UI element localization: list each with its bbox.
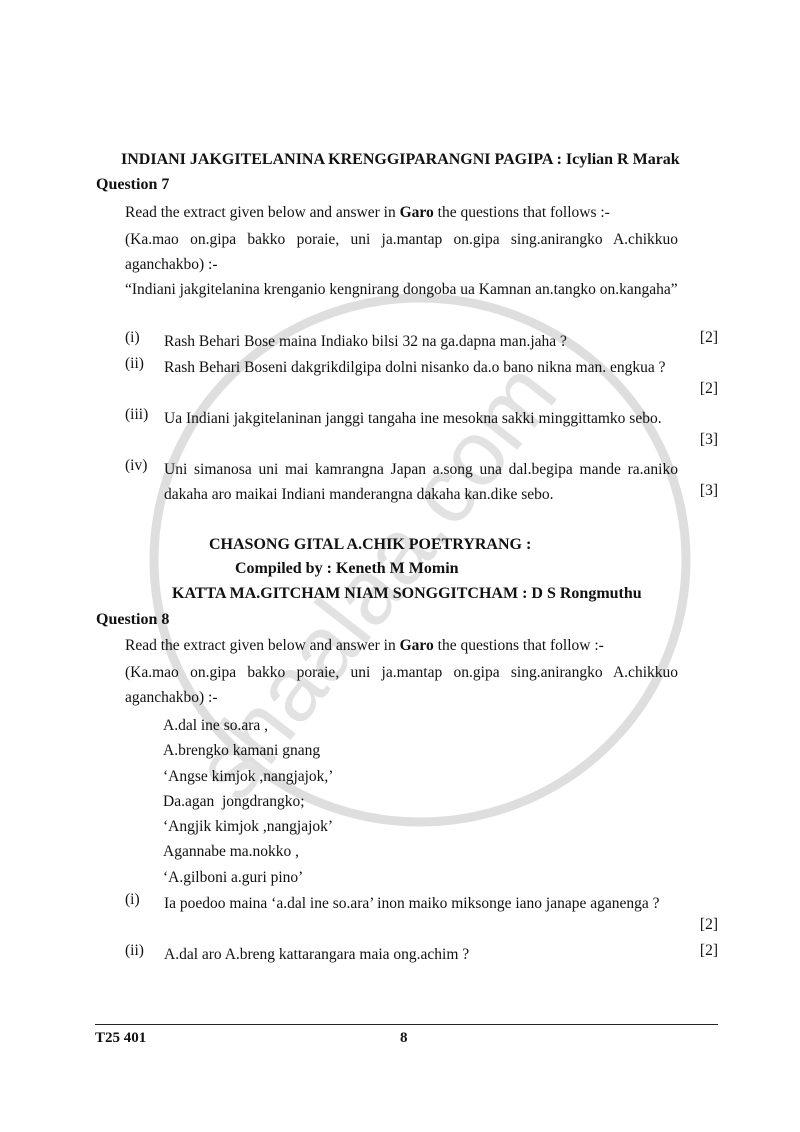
extract-quote: “Indiani jakgitelanina krenganio kengnir… [125, 277, 678, 302]
section-heading: CHASONG GITAL A.CHIK POETRYRANG : [209, 536, 531, 554]
poem-extract: A.dal ine so.ara , A.brengko kamani gnan… [163, 713, 333, 890]
page-number: 8 [400, 1030, 408, 1047]
garo-instruction: (Ka.mao on.gipa bakko poraie, uni ja.man… [125, 660, 678, 710]
compiled-by: Compiled by : Keneth M Momin [235, 560, 459, 578]
poem-line: A.dal ine so.ara , [163, 713, 333, 738]
poem-line: ‘Angse kimjok ,nangjajok,’ [163, 764, 333, 789]
poem-line: A.brengko kamani gnang [163, 738, 333, 763]
marks: [2] [700, 380, 718, 398]
instruction: Read the extract given below and answer … [125, 204, 610, 222]
marks: [2] [700, 329, 718, 347]
marks: [3] [700, 482, 718, 500]
paper-code: T25 401 [95, 1030, 146, 1047]
poem-line: ‘Angjik kimjok ,nangjajok’ [163, 814, 333, 839]
garo-instruction: (Ka.mao on.gipa bakko poraie, uni ja.man… [125, 227, 678, 277]
poem-line: Agannabe ma.nokko , [163, 839, 333, 864]
footer-divider [95, 1024, 718, 1025]
question-label: Question 8 [96, 611, 169, 629]
marks: [2] [700, 916, 718, 934]
poem-title: KATTA MA.GITCHAM NIAM SONGGITCHAM : D S … [172, 585, 642, 603]
marks: [2] [700, 942, 718, 960]
marks: [3] [700, 431, 718, 449]
section-heading: INDIANI JAKGITELANINA KRENGGIPARANGNI PA… [121, 151, 680, 169]
instruction: Read the extract given below and answer … [125, 637, 604, 655]
question-label: Question 7 [96, 176, 169, 194]
poem-line: Da.agan jongdrangko; [163, 789, 333, 814]
poem-line: ‘A.gilboni a.guri pino’ [163, 865, 333, 890]
